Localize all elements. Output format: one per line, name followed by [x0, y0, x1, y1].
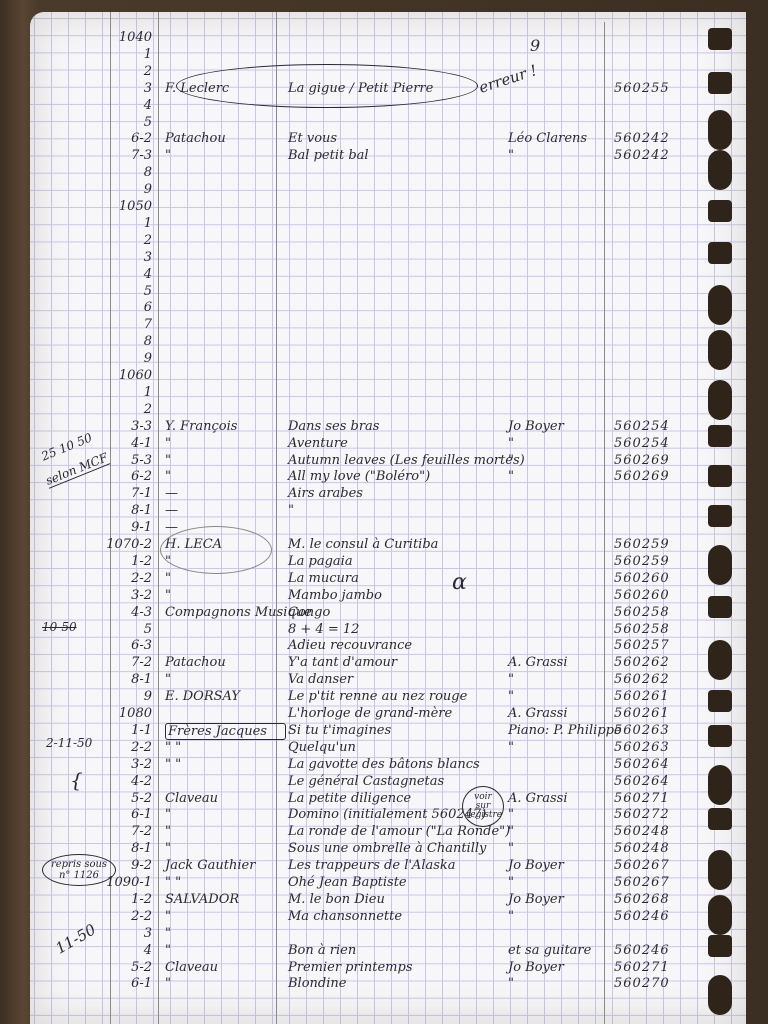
matrix-number: 9	[90, 689, 152, 704]
artist-name: Y. François	[165, 419, 280, 434]
accompaniment: Jo Boyer	[508, 892, 606, 907]
artist-name: Jack Gauthier	[165, 858, 280, 873]
song-title: La gavotte des bâtons blancs	[288, 757, 538, 772]
accompaniment: "	[508, 875, 606, 890]
register-row: 5	[0, 284, 768, 302]
catalog-ref: 560246	[614, 943, 704, 958]
catalog-ref: 560271	[614, 960, 704, 975]
register-row: 7-2"La ronde de l'amour ("La Ronde")"560…	[0, 824, 768, 842]
register-row: 7	[0, 317, 768, 335]
matrix-number: 6-1	[90, 807, 152, 822]
matrix-number: 8-1	[90, 841, 152, 856]
artist-name: " "	[165, 740, 280, 755]
matrix-number: 1050	[90, 199, 152, 214]
register-row: 4-2Le général Castagnetas560264	[0, 774, 768, 792]
catalog-ref: 560268	[614, 892, 704, 907]
matrix-number: 1	[90, 385, 152, 400]
song-title: Blondine	[288, 976, 538, 991]
accompaniment: Piano: P. Philippe	[508, 723, 606, 738]
artist-name: "	[165, 943, 280, 958]
artist-name: "	[165, 926, 280, 941]
register-row: 1080L'horloge de grand-mèreA. Grassi5602…	[0, 706, 768, 724]
catalog-ref: 560261	[614, 689, 704, 704]
matrix-number: 4	[90, 267, 152, 282]
artist-name: "	[165, 469, 280, 484]
artist-name: Patachou	[165, 131, 280, 146]
matrix-number: 3	[90, 250, 152, 265]
catalog-ref: 560258	[614, 622, 704, 637]
matrix-number: 4-1	[90, 436, 152, 451]
matrix-number: 8-1	[90, 672, 152, 687]
song-title: Y'a tant d'amour	[288, 655, 538, 670]
artist-name: "	[165, 976, 280, 991]
song-title: M. le consul à Curitiba	[288, 537, 538, 552]
matrix-number: 1080	[90, 706, 152, 721]
accompaniment: A. Grassi	[508, 655, 606, 670]
register-row: 9-1—	[0, 520, 768, 538]
song-title: Mambo jambo	[288, 588, 538, 603]
register-row: 4	[0, 267, 768, 285]
register-row: 8	[0, 334, 768, 352]
matrix-number: 2	[90, 233, 152, 248]
song-title: Adieu recouvrance	[288, 638, 538, 653]
catalog-ref: 560246	[614, 909, 704, 924]
artist-name: "	[165, 841, 280, 856]
register-row: 1-2"La pagaia560259	[0, 554, 768, 572]
catalog-ref: 560259	[614, 537, 704, 552]
matrix-number: 4	[90, 98, 152, 113]
matrix-number: 1070-2	[90, 537, 152, 552]
matrix-number: 7-2	[90, 655, 152, 670]
matrix-number: 3	[90, 926, 152, 941]
matrix-number: 9-1	[90, 520, 152, 535]
register-row: 4-1"Aventure"560254	[0, 436, 768, 454]
catalog-ref: 560264	[614, 757, 704, 772]
register-row: 3-2"Mambo jambo560260	[0, 588, 768, 606]
matrix-number: 2-2	[90, 571, 152, 586]
accompaniment: "	[508, 841, 606, 856]
song-title: Le p'tit renne au nez rouge	[288, 689, 538, 704]
page-mark: 9	[530, 36, 540, 55]
reprise-note: repris sous n° 1126	[42, 854, 116, 886]
matrix-number: 6-3	[90, 638, 152, 653]
accompaniment: Léo Clarens	[508, 131, 606, 146]
register-row: 6-1"Domino (initialement 560247)"560272	[0, 807, 768, 825]
artist-name: —	[165, 503, 280, 518]
matrix-number: 7-3	[90, 148, 152, 163]
register-row: 1-1Frères JacquesSi tu t'imaginesPiano: …	[0, 723, 768, 741]
artist-name: " "	[165, 757, 280, 772]
register-row: 2	[0, 402, 768, 420]
catalog-ref: 560263	[614, 723, 704, 738]
catalog-ref: 560267	[614, 875, 704, 890]
register-row: 6	[0, 300, 768, 318]
matrix-number: 5	[90, 284, 152, 299]
catalog-ref: 560257	[614, 638, 704, 653]
song-title: Dans ses bras	[288, 419, 538, 434]
catalog-ref: 560259	[614, 554, 704, 569]
matrix-number: 7-2	[90, 824, 152, 839]
catalog-ref: 560263	[614, 740, 704, 755]
matrix-number: 5	[90, 115, 152, 130]
song-title: Quelqu'un	[288, 740, 538, 755]
matrix-number: 3-2	[90, 588, 152, 603]
register-row: 6-2"All my love ("Boléro")"560269	[0, 469, 768, 487]
artist-name: Patachou	[165, 655, 280, 670]
catalog-ref: 560242	[614, 131, 704, 146]
matrix-number: 4	[90, 943, 152, 958]
song-title: Les trappeurs de l'Alaska	[288, 858, 538, 873]
song-title: Et vous	[288, 131, 538, 146]
accompaniment: "	[508, 469, 606, 484]
catalog-ref: 560269	[614, 453, 704, 468]
matrix-number: 6-1	[90, 976, 152, 991]
song-title: Airs arabes	[288, 486, 538, 501]
register-row: 7-1—Airs arabes	[0, 486, 768, 504]
matrix-number: 2	[90, 64, 152, 79]
catalog-ref: 560260	[614, 588, 704, 603]
matrix-number: 7	[90, 317, 152, 332]
catalog-ref: 560254	[614, 436, 704, 451]
catalog-ref: 560262	[614, 672, 704, 687]
artist-name: "	[165, 453, 280, 468]
artist-name: "	[165, 672, 280, 687]
song-title: Ma chansonnette	[288, 909, 538, 924]
accompaniment: "	[508, 807, 606, 822]
matrix-number: 5	[90, 622, 152, 637]
song-title: Aventure	[288, 436, 538, 451]
register-row: 9E. DORSAYLe p'tit renne au nez rouge"56…	[0, 689, 768, 707]
artist-name: "	[165, 148, 280, 163]
register-row: 1050	[0, 199, 768, 217]
register-row: 3-2" "La gavotte des bâtons blancs560264	[0, 757, 768, 775]
matrix-number: 1	[90, 47, 152, 62]
matrix-number: 8	[90, 334, 152, 349]
artist-name: Compagnons Musique	[165, 605, 280, 620]
catalog-ref: 560248	[614, 824, 704, 839]
matrix-number: 7-1	[90, 486, 152, 501]
song-title: M. le bon Dieu	[288, 892, 538, 907]
accompaniment: "	[508, 148, 606, 163]
catalog-ref: 560262	[614, 655, 704, 670]
accompaniment: "	[508, 909, 606, 924]
catalog-ref: 560264	[614, 774, 704, 789]
register-row: 8	[0, 165, 768, 183]
song-title: Sous une ombrelle à Chantilly	[288, 841, 538, 856]
catalog-ref: 560254	[614, 419, 704, 434]
catalog-ref: 560255	[614, 81, 704, 96]
song-title: Congo	[288, 605, 538, 620]
register-row: 7-3"Bal petit bal"560242	[0, 148, 768, 166]
song-title: Ohé Jean Baptiste	[288, 875, 538, 890]
catalog-ref: 560258	[614, 605, 704, 620]
register-row: 1	[0, 216, 768, 234]
song-title: La pagaia	[288, 554, 538, 569]
register-row: 4-3Compagnons MusiqueCongo560258	[0, 605, 768, 623]
register-row: 2-2"La mucura560260	[0, 571, 768, 589]
artist-name: "	[165, 909, 280, 924]
song-title: Le général Castagnetas	[288, 774, 538, 789]
song-title: All my love ("Boléro")	[288, 469, 538, 484]
catalog-ref: 560267	[614, 858, 704, 873]
register-row: 1090-1" "Ohé Jean Baptiste"560267	[0, 875, 768, 893]
matrix-number: 2	[90, 402, 152, 417]
leca-circle	[160, 526, 272, 574]
matrix-number: 1040	[90, 30, 152, 45]
register-row: 2-2" "Quelqu'un"560263	[0, 740, 768, 758]
song-title: La mucura	[288, 571, 538, 586]
matrix-number: 1-2	[90, 892, 152, 907]
register-row: 5-2ClaveauLa petite diligenceA. Grassi56…	[0, 791, 768, 809]
catalog-ref: 560270	[614, 976, 704, 991]
date-note-10-50: 10-50	[42, 620, 77, 634]
matrix-number: 2-2	[90, 740, 152, 755]
register-row: 8-1"Va danser"560262	[0, 672, 768, 690]
artist-name: " "	[165, 875, 280, 890]
catalog-ref: 560271	[614, 791, 704, 806]
matrix-number: 9	[90, 182, 152, 197]
accompaniment: "	[508, 824, 606, 839]
register-row: 1	[0, 385, 768, 403]
song-title: Va danser	[288, 672, 538, 687]
artist-name: "	[165, 588, 280, 603]
matrix-number: 1-1	[90, 723, 152, 738]
register-row: 3	[0, 250, 768, 268]
register-row: 5-2ClaveauPremier printempsJo Boyer56027…	[0, 960, 768, 978]
matrix-number: 5-2	[90, 791, 152, 806]
register-row: 3"	[0, 926, 768, 944]
catalog-ref: 560272	[614, 807, 704, 822]
matrix-number: 3	[90, 81, 152, 96]
song-title: Premier printemps	[288, 960, 538, 975]
accompaniment: Jo Boyer	[508, 419, 606, 434]
matrix-number: 1-2	[90, 554, 152, 569]
register-row: 2-2"Ma chansonnette"560246	[0, 909, 768, 927]
artist-name: Claveau	[165, 960, 280, 975]
matrix-number: 8	[90, 165, 152, 180]
matrix-number: 5-2	[90, 960, 152, 975]
register-row: 58 + 4 = 12560258	[0, 622, 768, 640]
song-title: Bon à rien	[288, 943, 538, 958]
voir-registre-note: voir sur registre	[462, 786, 504, 827]
register-row: 1	[0, 47, 768, 65]
accompaniment: "	[508, 976, 606, 991]
song-title: "	[288, 503, 538, 518]
accompaniment: "	[508, 672, 606, 687]
artist-name: Claveau	[165, 791, 280, 806]
register-row: 9	[0, 182, 768, 200]
catalog-ref: 560269	[614, 469, 704, 484]
catalog-ref: 560261	[614, 706, 704, 721]
artist-name: "	[165, 807, 280, 822]
register-row: 1060	[0, 368, 768, 386]
matrix-number: 4-2	[90, 774, 152, 789]
matrix-number: 6-2	[90, 469, 152, 484]
register-row: 8-1"Sous une ombrelle à Chantilly"560248	[0, 841, 768, 859]
artist-name: E. DORSAY	[165, 689, 280, 704]
register-row: 7-2PatachouY'a tant d'amourA. Grassi5602…	[0, 655, 768, 673]
song-title: L'horloge de grand-mère	[288, 706, 538, 721]
song-title: Bal petit bal	[288, 148, 538, 163]
accompaniment: "	[508, 436, 606, 451]
catalog-ref: 560248	[614, 841, 704, 856]
matrix-number: 6	[90, 300, 152, 315]
alpha-mark: α	[452, 570, 467, 595]
accompaniment: Jo Boyer	[508, 960, 606, 975]
register-row: 6-2PatachouEt vousLéo Clarens560242	[0, 131, 768, 149]
matrix-number: 8-1	[90, 503, 152, 518]
catalog-ref: 560242	[614, 148, 704, 163]
register-row: 4"Bon à rienet sa guitare560246	[0, 943, 768, 961]
artist-name: Frères Jacques	[165, 723, 286, 740]
song-title: Si tu t'imagines	[288, 723, 538, 738]
matrix-number: 2-2	[90, 909, 152, 924]
matrix-number: 4-3	[90, 605, 152, 620]
song-title: Autumn leaves (Les feuilles mortes)	[288, 453, 538, 468]
register-row: 1-2SALVADORM. le bon DieuJo Boyer560268	[0, 892, 768, 910]
accompaniment: "	[508, 740, 606, 755]
accompaniment: "	[508, 453, 606, 468]
register-row: 2	[0, 233, 768, 251]
register-row: 9	[0, 351, 768, 369]
accompaniment: et sa guitare	[508, 943, 606, 958]
matrix-number: 3-2	[90, 757, 152, 772]
register-row: 1070-2H. LECAM. le consul à Curitiba5602…	[0, 537, 768, 555]
matrix-number: 1	[90, 216, 152, 231]
errata-circle	[176, 64, 478, 108]
song-title: 8 + 4 = 12	[288, 622, 538, 637]
matrix-number: 3-3	[90, 419, 152, 434]
artist-name: "	[165, 824, 280, 839]
artist-name: SALVADOR	[165, 892, 280, 907]
matrix-number: 6-2	[90, 131, 152, 146]
accompaniment: Jo Boyer	[508, 858, 606, 873]
date-note-2-11-50: 2-11-50	[46, 736, 92, 750]
accompaniment: A. Grassi	[508, 706, 606, 721]
accompaniment: A. Grassi	[508, 791, 606, 806]
register-row: 5	[0, 115, 768, 133]
register-row: 3-3Y. FrançoisDans ses brasJo Boyer56025…	[0, 419, 768, 437]
register-row: 5-3"Autumn leaves (Les feuilles mortes)"…	[0, 453, 768, 471]
artist-name: "	[165, 436, 280, 451]
catalog-ref: 560260	[614, 571, 704, 586]
brace-mark: {	[70, 768, 83, 792]
matrix-number: 1060	[90, 368, 152, 383]
register-row: 6-1"Blondine"560270	[0, 976, 768, 994]
register-row: 1040	[0, 30, 768, 48]
register-row: 8-1—"	[0, 503, 768, 521]
matrix-number: 9	[90, 351, 152, 366]
artist-name: —	[165, 486, 280, 501]
accompaniment: "	[508, 689, 606, 704]
register-row: 6-3Adieu recouvrance560257	[0, 638, 768, 656]
song-title: La ronde de l'amour ("La Ronde")	[288, 824, 538, 839]
